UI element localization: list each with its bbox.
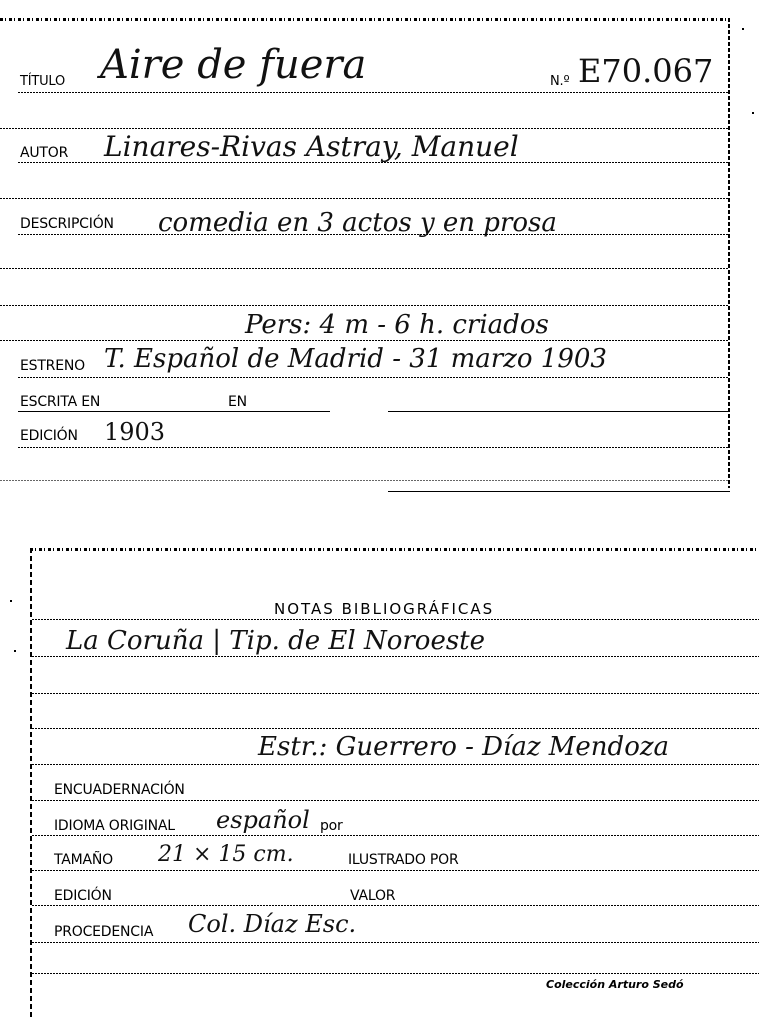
label-edicion: EDICIÓN (20, 428, 78, 444)
value-personajes: Pers: 4 m - 6 h. criados (245, 310, 549, 340)
catalog-card-back: NOTAS BIBLIOGRÁFICAS La Coruña | Tip. de… (30, 548, 759, 1028)
rule-descripcion (18, 234, 728, 235)
label-ilustrado-por: ILUSTRADO POR (348, 852, 459, 868)
scan-speck (742, 28, 744, 30)
label-en: EN (228, 394, 247, 410)
rule-idioma (32, 835, 759, 836)
rule-blank-1 (0, 268, 728, 269)
rule-titulo (18, 92, 728, 93)
rule-encuadernacion (32, 800, 759, 801)
rule-edicion-b (32, 905, 759, 906)
label-edicion-b: EDICIÓN (54, 888, 112, 904)
rule-edicion (18, 447, 728, 448)
rule-procedencia (32, 942, 759, 943)
label-idioma-original: IDIOMA ORIGINAL (54, 818, 175, 834)
value-autor: Linares-Rivas Astray, Manuel (104, 130, 519, 163)
notes-heading: NOTAS BIBLIOGRÁFICAS (274, 600, 494, 618)
label-tamano: TAMAÑO (54, 852, 113, 868)
scan-speck (10, 600, 12, 602)
rule-note-4 (32, 764, 759, 765)
rule-estreno (18, 377, 728, 378)
rule-bottom (32, 973, 759, 974)
label-titulo: TÍTULO (20, 74, 65, 89)
rule-personajes (0, 340, 728, 341)
rule-blank-2 (0, 305, 728, 306)
scan-speck (14, 650, 16, 652)
label-estreno: ESTRENO (20, 358, 85, 374)
catalog-card-front: TÍTULO Aire de fuera N.º E70.067 AUTOR L… (0, 0, 730, 492)
rule-escrita-en (18, 411, 330, 412)
card-shadow-edge (388, 491, 730, 492)
value-numero: E70.067 (578, 52, 713, 90)
value-edicion: 1903 (104, 418, 165, 446)
label-encuadernacion: ENCUADERNACIÓN (54, 782, 185, 798)
rule-autor (18, 162, 728, 163)
label-traducido-por: por (320, 818, 343, 834)
note-line-1: La Coruña | Tip. de El Noroeste (66, 626, 485, 656)
rule-en (388, 411, 728, 412)
value-titulo: Aire de fuera (100, 42, 366, 88)
label-valor: VALOR (350, 888, 395, 904)
value-procedencia: Col. Díaz Esc. (188, 910, 356, 938)
scan-speck (752, 112, 754, 114)
card-right-edge (728, 18, 730, 488)
rule-descripcion-top (0, 198, 728, 199)
rule-autor-top (0, 128, 728, 129)
rule-tamano (32, 870, 759, 871)
rule-note-3 (32, 728, 759, 729)
note-line-3: Estr.: Guerrero - Díaz Mendoza (258, 732, 669, 762)
value-tamano: 21 × 15 cm. (158, 842, 294, 867)
rule-notes-top (32, 619, 759, 620)
label-descripcion: DESCRIPCIÓN (20, 216, 114, 232)
collection-stamp: Colección Arturo Sedó (546, 978, 684, 991)
rule-note-1 (32, 656, 759, 657)
card-top-edge (0, 18, 730, 21)
label-procedencia: PROCEDENCIA (54, 924, 153, 940)
value-estreno: T. Español de Madrid - 31 marzo 1903 (104, 344, 607, 374)
label-escrita-en: ESCRITA EN (20, 394, 100, 410)
value-idioma-original: español (216, 806, 310, 834)
card-bottom-edge (0, 480, 730, 481)
label-autor: AUTOR (20, 145, 68, 161)
label-numero: N.º (550, 74, 569, 89)
rule-note-2 (32, 693, 759, 694)
card-top-edge (30, 548, 759, 551)
